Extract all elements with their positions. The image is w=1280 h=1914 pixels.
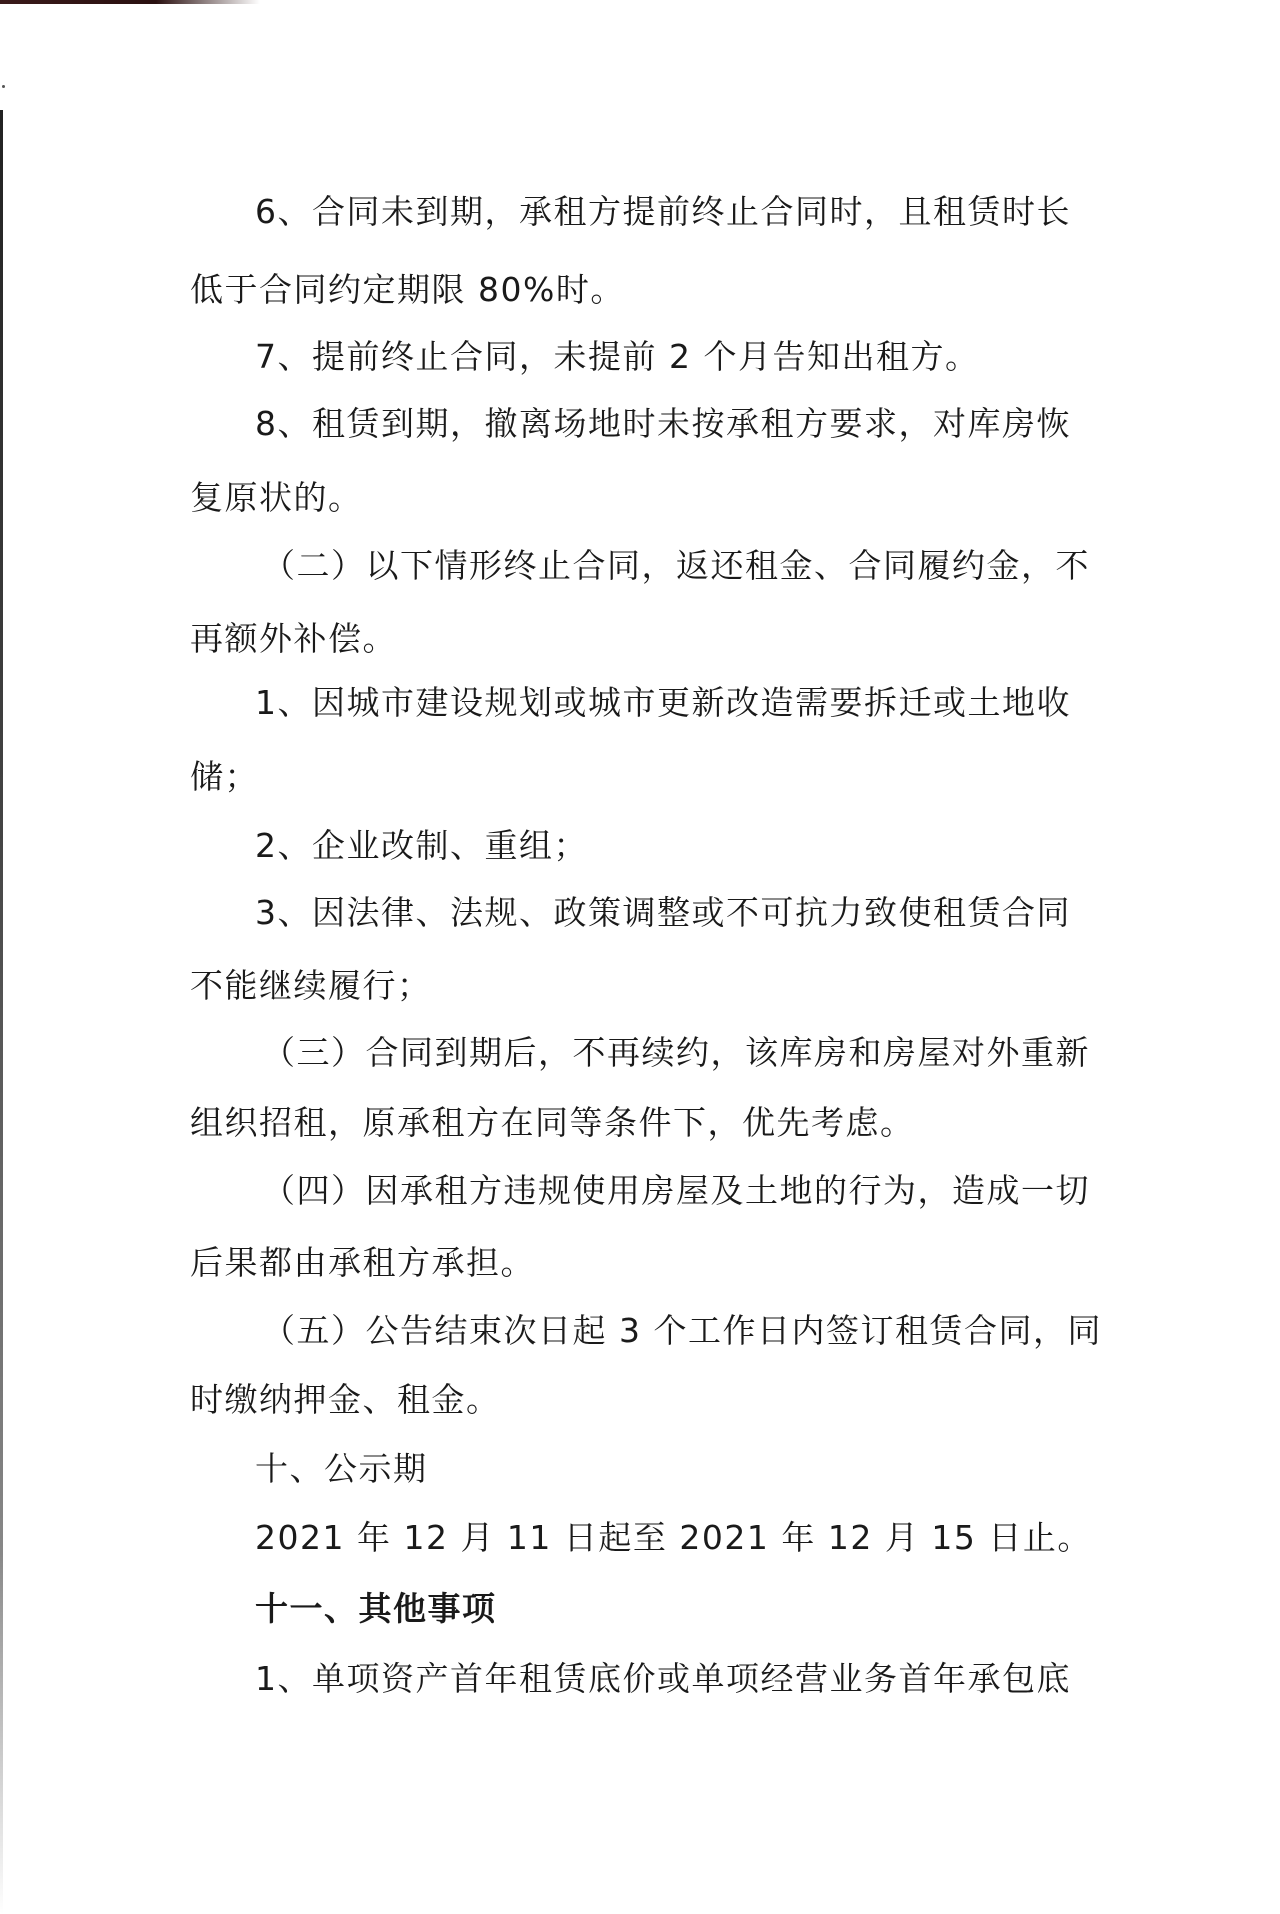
clause-7: 7、提前终止合同，未提前 2 个月告知出租方。	[255, 337, 979, 377]
subsection-4-line-2: 后果都由承租方承担。	[190, 1243, 535, 1283]
sub2-item-3-line-1: 3、因法律、法规、政策调整或不可抗力致使租赁合同	[255, 893, 1071, 933]
publicity-period: 2021 年 12 月 11 日起至 2021 年 12 月 15 日止。	[255, 1518, 1092, 1558]
section-eleven-item-1: 1、单项资产首年租赁底价或单项经营业务首年承包底	[255, 1659, 1071, 1699]
clause-6-line-1: 6、合同未到期，承租方提前终止合同时，且租赁时长	[255, 192, 1071, 232]
subsection-3-line-2: 组织招租，原承租方在同等条件下，优先考虑。	[190, 1103, 915, 1143]
sub2-item-1-line-2: 储；	[190, 757, 259, 797]
sub2-item-1-line-1: 1、因城市建设规划或城市更新改造需要拆迁或土地收	[255, 683, 1071, 723]
subsection-2-line-2: 再额外补偿。	[190, 619, 397, 659]
clause-8-line-1: 8、租赁到期，撤离场地时未按承租方要求，对库房恢	[255, 404, 1071, 444]
subsection-5-line-1: （五）公告结束次日起 3 个工作日内签订租赁合同，同	[262, 1311, 1102, 1351]
subsection-4-line-1: （四）因承租方违规使用房屋及土地的行为，造成一切	[262, 1171, 1090, 1211]
subsection-2-line-1: （二）以下情形终止合同，返还租金、合同履约金，不	[262, 546, 1090, 586]
sub2-item-2: 2、企业改制、重组；	[255, 826, 588, 866]
document-page: 6、合同未到期，承租方提前终止合同时，且租赁时长 低于合同约定期限 80%时。 …	[0, 0, 1280, 1914]
section-ten-heading: 十、公示期	[255, 1449, 428, 1489]
clause-8-line-2: 复原状的。	[190, 478, 363, 518]
clause-6-line-2: 低于合同约定期限 80%时。	[190, 270, 625, 310]
sub2-item-3-line-2: 不能继续履行；	[190, 966, 432, 1006]
subsection-5-line-2: 时缴纳押金、租金。	[190, 1380, 501, 1420]
subsection-3-line-1: （三）合同到期后，不再续约，该库房和房屋对外重新	[262, 1033, 1090, 1073]
section-eleven-heading: 十一、其他事项	[255, 1589, 497, 1629]
